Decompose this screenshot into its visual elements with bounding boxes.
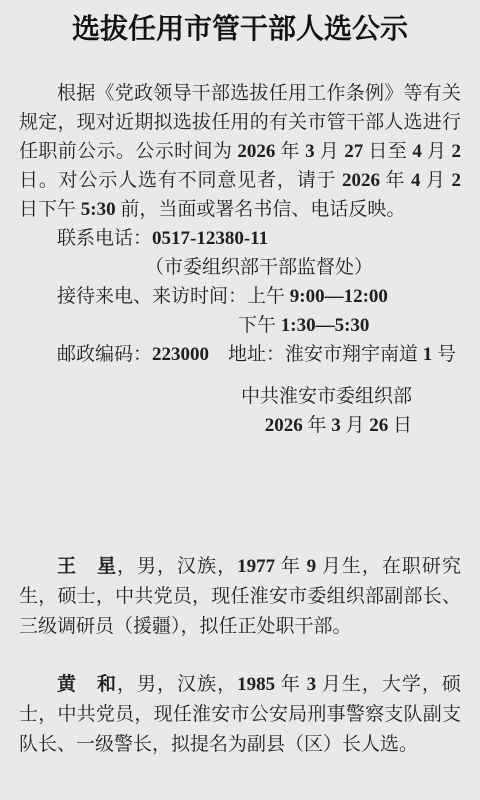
- contact-dept-line: （市委组织部干部监督处）: [19, 253, 461, 282]
- reception-hours-label: 接待来电、来访时间：: [57, 286, 247, 307]
- contact-phone-number: 0517-12380-11: [152, 228, 268, 249]
- candidate-name-1: 王 星: [57, 556, 117, 577]
- candidate-name-2: 黄 和: [57, 674, 117, 695]
- reception-hours-line: 接待来电、来访时间：上午 9:00—12:00: [19, 282, 461, 311]
- candidate-bio-1: 王 星，男，汉族，1977 年 9 月生，在职研究生，硕士，中共党员，现任淮安市…: [19, 552, 461, 642]
- issue-date-line: 2026 年 3 月 26 日: [19, 411, 461, 440]
- contact-phone-line: 联系电话：0517-12380-11: [19, 224, 461, 253]
- announcement-page: 选拔任用市管干部人选公示 根据《党政领导干部选拔任用工作条例》等有关规定，现对近…: [0, 0, 480, 800]
- candidate-list: 王 星，男，汉族，1977 年 9 月生，在职研究生，硕士，中共党员，现任淮安市…: [19, 552, 461, 760]
- candidate-bio-2: 黄 和，男，汉族，1985 年 3 月生，大学，硕士，中共党员，现任淮安市公安局…: [19, 670, 461, 760]
- reception-afternoon-line: 下午 1:30—5:30: [19, 311, 461, 340]
- page-title: 选拔任用市管干部人选公示: [19, 14, 461, 46]
- postal-address-line: 邮政编码：223000 地址：淮安市翔宇南道 1 号: [19, 340, 461, 369]
- reception-morning-hours: 上午 9:00—12:00: [247, 286, 388, 307]
- issuer-line: 中共淮安市委组织部: [19, 382, 461, 411]
- notice-paragraph: 根据《党政领导干部选拔任用工作条例》等有关规定，现对近期拟选拔任用的有关市管干部…: [19, 79, 461, 224]
- contact-phone-label: 联系电话：: [57, 228, 152, 249]
